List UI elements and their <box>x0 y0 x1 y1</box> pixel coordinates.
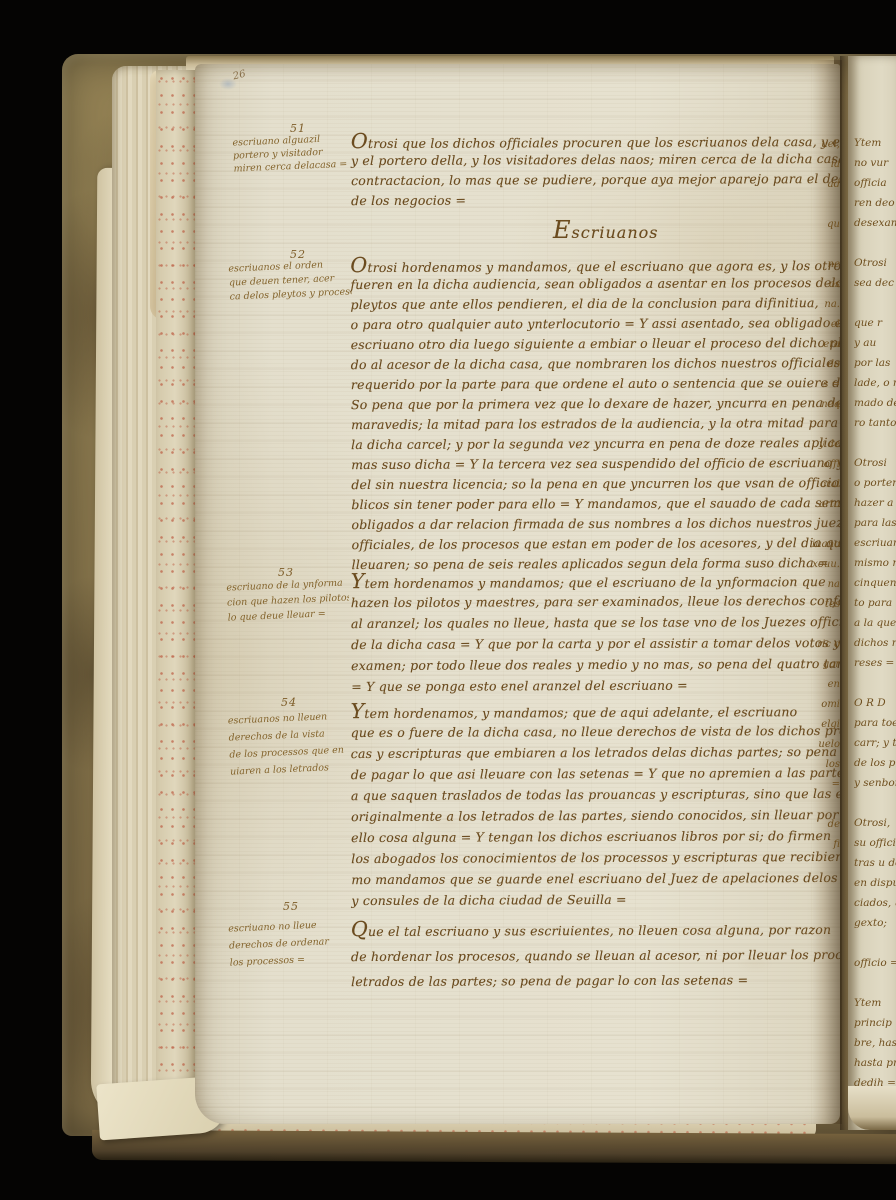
text-line: Ytem hordenamos y mandamos; que el escri… <box>351 569 840 592</box>
text-line: a que saquen traslados de todas las prou… <box>351 783 840 806</box>
text-line: ello cosa alguna = Y tengan los dichos e… <box>351 825 840 848</box>
next-page-bottom-curl <box>848 1086 896 1130</box>
text-fragment: en dispue <box>854 873 896 893</box>
text-line: officiales, de los procesos que estan em… <box>352 533 840 555</box>
tail-fragment: xouu. <box>812 555 840 575</box>
margin-note-54: escriuanos no lleuenderechos de la vista… <box>228 707 353 780</box>
tail-fragment <box>812 615 840 635</box>
tail-fragment: iuano <box>812 535 840 555</box>
tail-fragment: na <box>812 575 840 595</box>
tail-fragment: tes <box>812 595 840 615</box>
paragraph-53: Ytem hordenamos y mandamos; que el escri… <box>351 569 840 697</box>
tail-fragment: ne <box>812 255 840 275</box>
text-fragment: tras u dei <box>854 853 896 873</box>
tail-fragment: era <box>812 335 840 355</box>
paragraph-54: Ytem hordenamos, y mandamos; que de aqui… <box>351 699 840 911</box>
paragraph-55: Que el tal escriuano y sus escriuientes,… <box>351 917 840 994</box>
text-fragment: y au <box>854 333 896 353</box>
tail-fragment: qu <box>812 215 840 235</box>
text-line: los abogados los conocimientos de los pr… <box>351 846 840 869</box>
text-fragment <box>854 973 896 993</box>
text-fragment: su officio, <box>854 833 896 853</box>
tail-fragment: s = <box>812 375 840 395</box>
text-fragment: mado de <box>854 393 896 413</box>
text-line: de pagar lo que asi lleuare con las sete… <box>351 762 840 785</box>
tail-fragment: gor <box>812 655 840 675</box>
tail-fragment: do <box>812 355 840 375</box>
text-fragment: Ytem <box>854 133 896 153</box>
text-fragment: escriuan <box>854 533 896 553</box>
text-line: que es o fuere de la dicha casa, no lleu… <box>351 720 840 743</box>
section-number-55: 55 <box>283 900 299 913</box>
text-fragment: a la que <box>854 613 896 633</box>
text-fragment: de los pre <box>854 753 896 773</box>
text-fragment: que r <box>854 313 896 333</box>
text-fragment: dichos nue <box>854 633 896 653</box>
cover-bottom-edge <box>92 1130 896 1164</box>
next-page-strip: Ytemno vurofficiaren deodesexamOtrosisea… <box>848 56 896 1130</box>
manuscript-photo: 26 51 escriuano alguazilportero y visita… <box>0 0 896 1200</box>
tail-fragment: = <box>812 775 840 795</box>
tail-fragment: fi <box>812 835 840 855</box>
text-line: contractacion, lo mas que se pudiere, po… <box>351 169 840 191</box>
text-line: do al acesor de la dicha casa, que nombr… <box>351 353 840 375</box>
text-line: maravedis; la mitad para los estrados de… <box>351 413 840 435</box>
section-heading: Escriuanos <box>553 216 658 244</box>
text-fragment: ciados, q <box>854 893 896 913</box>
margin-note-52: escriuanos el ordenque deuen tener, acer… <box>228 257 352 304</box>
text-line: escriuano otro dia luego siguiente a emb… <box>351 333 840 355</box>
text-line: de la dicha casa = Y que por la carta y … <box>351 632 840 655</box>
tail-fragment <box>812 795 840 815</box>
text-fragment: officio = <box>854 953 896 973</box>
margin-note-51: escriuano alguazilportero y visitadormir… <box>232 131 356 175</box>
curled-page-edge: uel,laadquneosna.elerados =neqy deoffior… <box>812 60 842 1124</box>
text-line: fueren en la dicha audiencia, sean oblig… <box>350 273 840 295</box>
text-fragment: para toe <box>854 713 896 733</box>
sewn-gutter-edge <box>156 70 198 1124</box>
text-line: mo mandamos que se guarde enel escriuano… <box>351 867 840 890</box>
paragraph-52: Otrosi hordenamos y mandamos, que el esc… <box>350 253 840 575</box>
tail-fragment: los <box>812 755 840 775</box>
text-line: obligados a dar relacion firmada de sus … <box>351 513 840 535</box>
text-fragment: cinquenta <box>854 573 896 593</box>
text-fragment: ren deo <box>854 193 896 213</box>
text-line: de hordenar los procesos, quando se lleu… <box>351 942 840 969</box>
tail-fragment: uelo <box>812 735 840 755</box>
tail-fragment: elgi <box>812 715 840 735</box>
text-line: blicos sin tener poder para ello = Y man… <box>351 493 840 515</box>
margin-note-55: escriuano no lleuederechos de ordenarlos… <box>228 915 352 971</box>
text-fragment: sea dec <box>854 273 896 293</box>
tail-fragment: omi <box>812 695 840 715</box>
tail-fragment: neq <box>812 395 840 415</box>
text-fragment <box>854 933 896 953</box>
text-fragment: Ytem <box>854 993 896 1013</box>
text-line: examen; por todo lleue dos reales y medi… <box>351 653 840 676</box>
text-line: de los negocios = <box>351 189 840 211</box>
tail-fragment: la <box>812 155 840 175</box>
text-line: Ytem hordenamos, y mandamos; que de aqui… <box>351 699 840 722</box>
manuscript-page: 26 51 escriuano alguazilportero y visita… <box>195 64 840 1124</box>
text-fragment: officia <box>854 173 896 193</box>
text-line: cas y escripturas que embiaren a los let… <box>351 741 840 764</box>
text-line: Que el tal escriuano y sus escriuientes,… <box>351 917 840 944</box>
text-line: Otrosi hordenamos y mandamos, que el esc… <box>350 253 840 275</box>
text-fragment: bre, hasta <box>854 1033 896 1053</box>
tail-fragment <box>812 415 840 435</box>
text-line: originalmente a los letrados de las part… <box>351 804 840 827</box>
text-line: del sin nuestra licencia; so la pena en … <box>351 473 840 495</box>
text-fragment: Otrosi, <box>854 813 896 833</box>
tail-fragment: os <box>812 275 840 295</box>
text-fragment: reses = <box>854 653 896 673</box>
text-fragment: Otrosi <box>854 253 896 273</box>
text-fragment: hazer a <box>854 493 896 513</box>
tail-fragment: offi <box>812 455 840 475</box>
text-line: So pena que por la primera vez que lo de… <box>351 393 840 415</box>
tail-fragment <box>812 195 840 215</box>
tail-fragment: oral <box>812 475 840 495</box>
text-fragment: lade, o no <box>854 373 896 393</box>
section-number-54: 54 <box>281 696 297 709</box>
text-line: = Y que se ponga esto enel aranzel del e… <box>351 674 840 697</box>
tail-fragment: na. <box>812 295 840 315</box>
text-line: letrados de las partes; so pena de pagar… <box>351 967 840 994</box>
tail-fragment: uel, <box>812 135 840 155</box>
text-fragment: hasta pri <box>854 1053 896 1073</box>
text-line: y el portero della, y los visitadores de… <box>351 149 840 171</box>
text-fragment: desexam <box>854 213 896 233</box>
text-fragment <box>854 433 896 453</box>
text-fragment <box>854 793 896 813</box>
text-fragment: y senbori <box>854 773 896 793</box>
text-line: y consules de la dicha ciudad de Seuilla… <box>351 888 840 911</box>
text-line: requerido por la parte para que ordene e… <box>351 373 840 395</box>
text-fragment: to para <box>854 593 896 613</box>
text-line: hazen los pilotos y maestres, para ser e… <box>351 590 840 613</box>
text-fragment: ro tanto <box>854 413 896 433</box>
text-fragment: carr; y te <box>854 733 896 753</box>
text-fragment: no vur <box>854 153 896 173</box>
tail-fragment: ad <box>812 175 840 195</box>
tail-fragment: y de <box>812 435 840 455</box>
text-fragment: O R D <box>854 693 896 713</box>
text-fragment <box>854 673 896 693</box>
next-page-fragments: Ytemno vurofficiaren deodesexamOtrosisea… <box>854 133 896 1093</box>
text-fragment: mismo ni <box>854 553 896 573</box>
text-line: o para otro qualquier auto ynterlocutori… <box>351 313 840 335</box>
text-line: pleytos que ante ellos pendieren, el dia… <box>350 293 840 315</box>
tail-fragment: arto <box>812 495 840 515</box>
folio-mark: 26 <box>232 69 247 83</box>
tail-fragment: el <box>812 315 840 335</box>
tail-fragment <box>812 235 840 255</box>
text-fragment <box>854 293 896 313</box>
tail-fragment: en <box>812 675 840 695</box>
text-line: Otrosi que los dichos officiales procure… <box>351 129 840 151</box>
text-fragment: gexto; <box>854 913 896 933</box>
text-fragment: para las <box>854 513 896 533</box>
tail-fragment: ric o <box>812 635 840 655</box>
text-fragment: o portero, <box>854 473 896 493</box>
text-line: mas suso dicha = Y la tercera vez sea su… <box>351 453 840 475</box>
text-fragment: Otrosi <box>854 453 896 473</box>
text-line: la dicha carcel; y por la segunda vez yn… <box>351 433 840 455</box>
tail-fragment: de <box>812 815 840 835</box>
text-fragment <box>854 233 896 253</box>
margin-note-53: escriuano de la ynformacion que hazen lo… <box>226 575 350 625</box>
paragraph-51: Otrosi que los dichos officiales procure… <box>351 129 840 211</box>
text-line: al aranzel; los quales no lleue, hasta q… <box>351 611 840 634</box>
tail-fragment <box>812 515 840 535</box>
line-tail-fragments: uel,laadquneosna.elerados =neqy deoffior… <box>812 135 840 855</box>
text-fragment: por las <box>854 353 896 373</box>
text-fragment: princip <box>854 1013 896 1033</box>
